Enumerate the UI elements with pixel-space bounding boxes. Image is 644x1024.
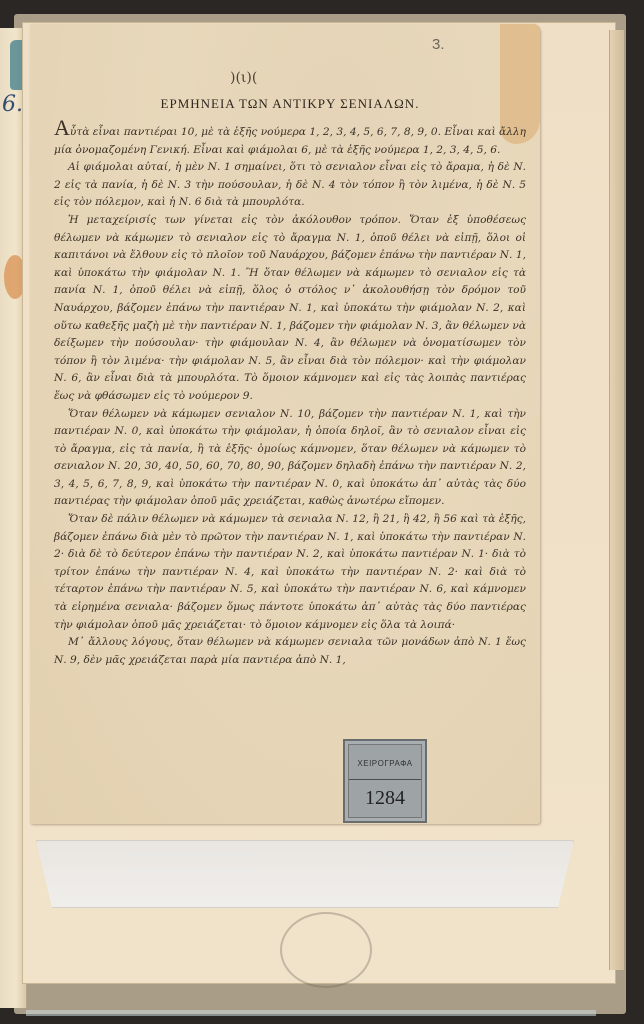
shelfmark-label: ΧΕΙΡΟΓΡΑΦΑ 1284 (343, 739, 427, 823)
shelfmark-collection: ΧΕΙΡΟΓΡΑΦΑ (345, 759, 425, 768)
backing-sheet-edge (609, 30, 624, 970)
page-title: ΕΡΜΗΝΕΙΑ ΤΩΝ ΑΝΤΙΚΡΥ ΣΕΝΙΑΛΩΝ. (30, 96, 550, 112)
bottom-page-strip (26, 1010, 596, 1016)
body-text: Αὖτὰ εἶναι παντιέραι 10, μὲ τὰ ἑξῆς νούμ… (54, 120, 526, 669)
paragraph: Αὖτὰ εἶναι παντιέραι 10, μὲ τὰ ἑξῆς νούμ… (54, 120, 526, 159)
paragraph: Μ᾽ ἄλλους λόγους, ὅταν θέλωμεν νὰ κάμωμε… (54, 634, 526, 669)
drop-cap: Α (54, 115, 70, 140)
library-stamp (280, 912, 372, 988)
printed-page: 3. )(ι)( ΕΡΜΗΝΕΙΑ ΤΩΝ ΑΝΤΙΚΡΥ ΣΕΝΙΑΛΩΝ. … (30, 24, 540, 824)
paragraph: Ἡ μεταχείρισίς των γίνεται εἰς τὸν ἀκόλο… (54, 212, 526, 406)
handwritten-note: 6. (2, 92, 23, 117)
tissue-guard-strip (36, 840, 574, 908)
paragraph: Αἱ φιάμολαι αὐταί, ἡ μὲν Ν. 1 σημαίνει, … (54, 159, 526, 212)
paragraph: Ὅταν δὲ πάλιν θέλωμεν νὰ κάμωμεν τὰ σενι… (54, 511, 526, 634)
page-number: 3. (432, 36, 445, 53)
header-ornament: )(ι)( (230, 70, 257, 86)
shelfmark-divider (349, 779, 421, 780)
shelfmark-number: 1284 (345, 787, 425, 810)
paragraph: Ὅταν θέλωμεν νὰ κάμωμεν σενιαλον Ν. 10, … (54, 406, 526, 512)
